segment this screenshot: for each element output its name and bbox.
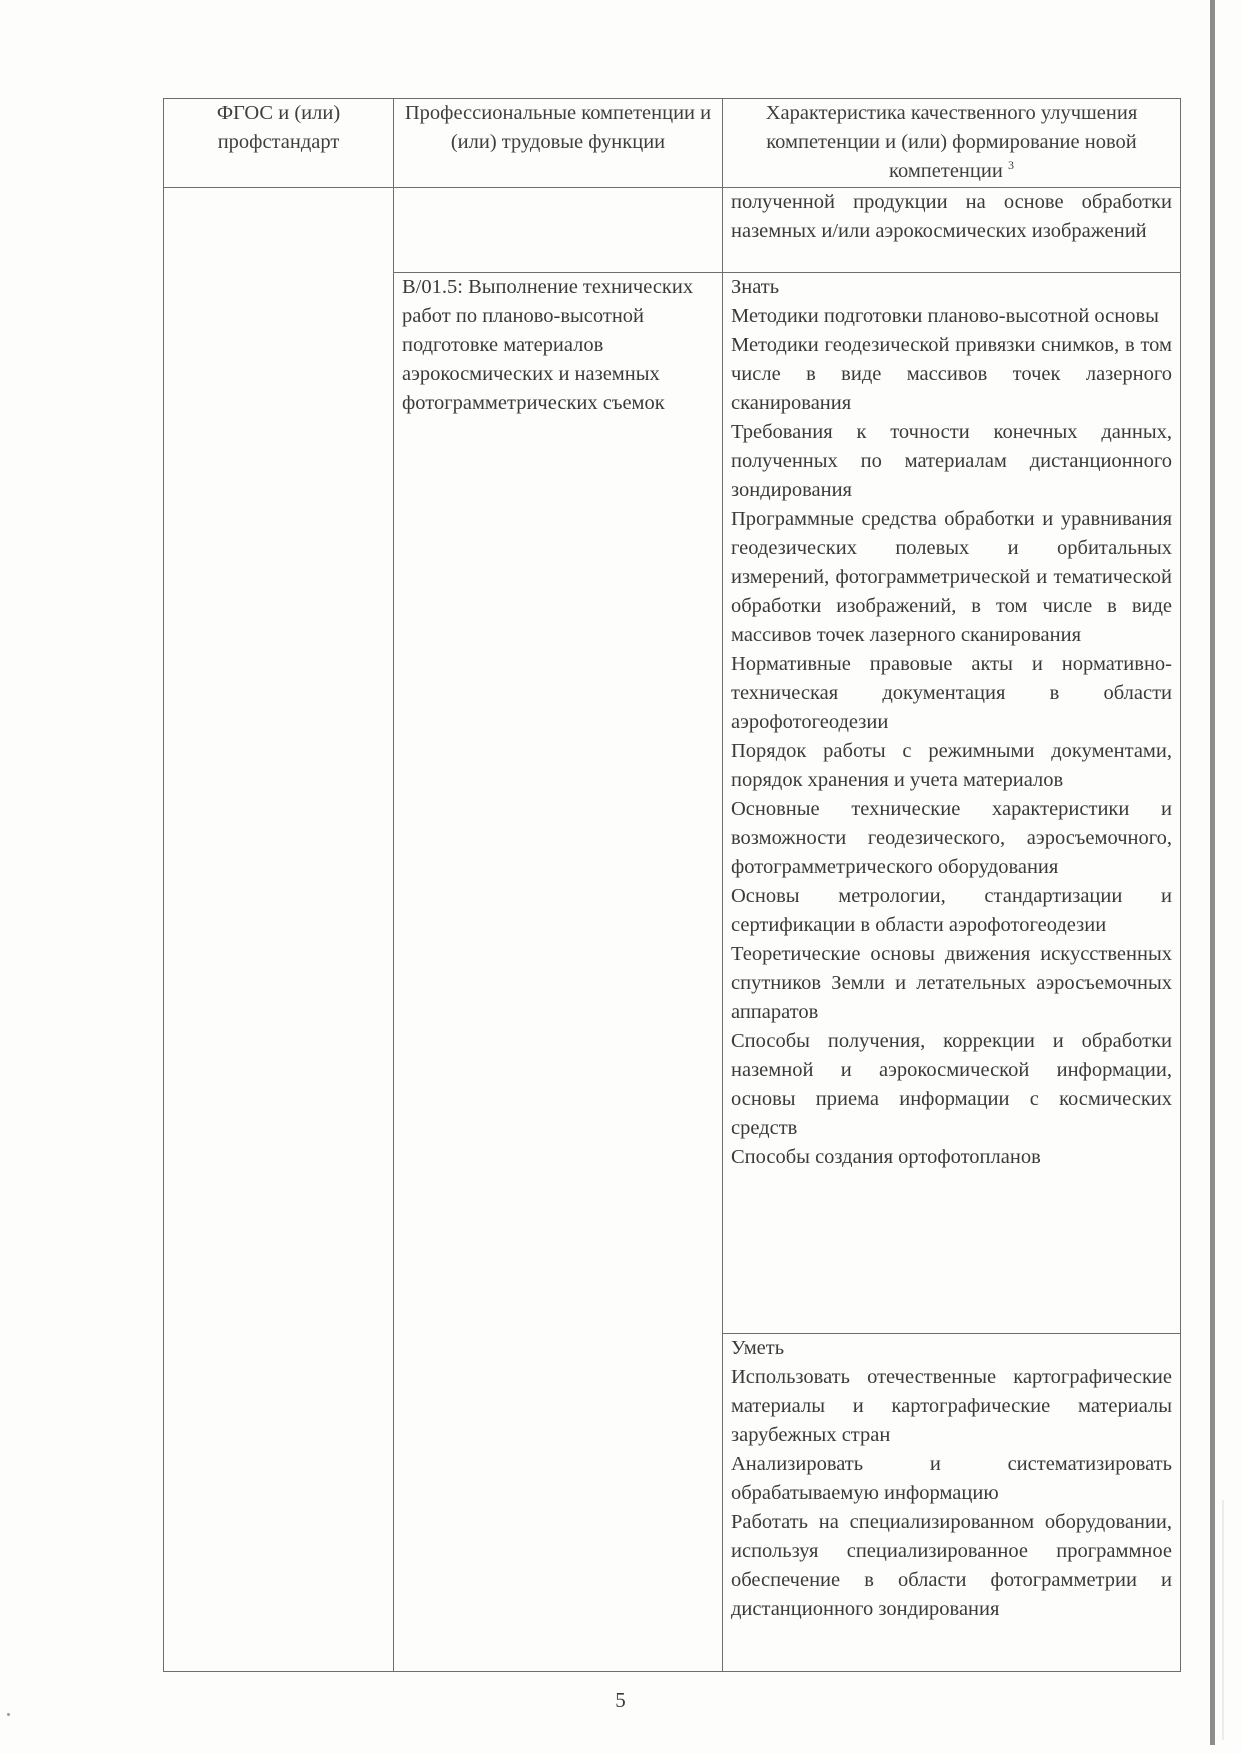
cell-labor-function: В/01.5: Выполнение технических работ по … (394, 273, 723, 1672)
header-characteristics: Характеристика качественного улучшения к… (723, 99, 1181, 188)
skills-label: Уметь (731, 1334, 1172, 1363)
knowledge-item: Основные технические характеристики и во… (731, 795, 1172, 882)
cell-continuation-text: полученной продукции на основе обработки… (723, 188, 1181, 273)
knowledge-label: Знать (731, 273, 1172, 302)
skill-item: Использовать отечественные картографичес… (731, 1363, 1172, 1450)
knowledge-item: Способы получения, коррекции и обработки… (731, 1027, 1172, 1143)
header-competencies-text: Профессиональные компетенции и (или) тру… (405, 102, 711, 153)
cell-skills: Уметь Использовать отечественные картогр… (723, 1334, 1181, 1672)
knowledge-list: Методики подготовки планово-высотной осн… (731, 302, 1172, 1172)
scan-speck (7, 1713, 10, 1716)
knowledge-item: Способы создания ортофотопланов (731, 1143, 1172, 1172)
knowledge-item: Методики геодезической привязки снимков,… (731, 331, 1172, 418)
competency-table: ФГОС и (или) профстандарт Профессиональн… (163, 98, 1181, 1672)
scan-edge-artifact (1210, 0, 1215, 1745)
cell-knowledge: Знать Методики подготовки планово-высотн… (723, 273, 1181, 1334)
cell-competency-empty (394, 188, 723, 273)
skill-item: Работать на специализированном оборудова… (731, 1508, 1172, 1624)
knowledge-item: Программные средства обработки и уравнив… (731, 505, 1172, 650)
page-number: 5 (0, 1688, 1241, 1713)
table-row-continuation: полученной продукции на основе обработки… (164, 188, 1181, 273)
cell-fgos (164, 188, 394, 1672)
knowledge-item: Основы метрологии, стандартизации и серт… (731, 882, 1172, 940)
skills-list: Использовать отечественные картографичес… (731, 1363, 1172, 1624)
header-fgos-text: ФГОС и (или) профстандарт (217, 102, 340, 153)
table-header-row: ФГОС и (или) профстандарт Профессиональн… (164, 99, 1181, 188)
knowledge-item: Требования к точности конечных данных, п… (731, 418, 1172, 505)
header-fgos: ФГОС и (или) профстандарт (164, 99, 394, 188)
knowledge-item: Методики подготовки планово-высотной осн… (731, 302, 1172, 331)
header-competencies: Профессиональные компетенции и (или) тру… (394, 99, 723, 188)
skill-item: Анализировать и систематизировать обраба… (731, 1450, 1172, 1508)
knowledge-item: Нормативные правовые акты и нормативно-т… (731, 650, 1172, 737)
labor-function-text: В/01.5: Выполнение технических работ по … (402, 276, 693, 414)
footnote-marker: 3 (1008, 158, 1014, 172)
knowledge-item: Порядок работы с режимными документами, … (731, 737, 1172, 795)
knowledge-item: Теоретические основы движения искусствен… (731, 940, 1172, 1027)
header-characteristics-text: Характеристика качественного улучшения к… (766, 102, 1138, 182)
